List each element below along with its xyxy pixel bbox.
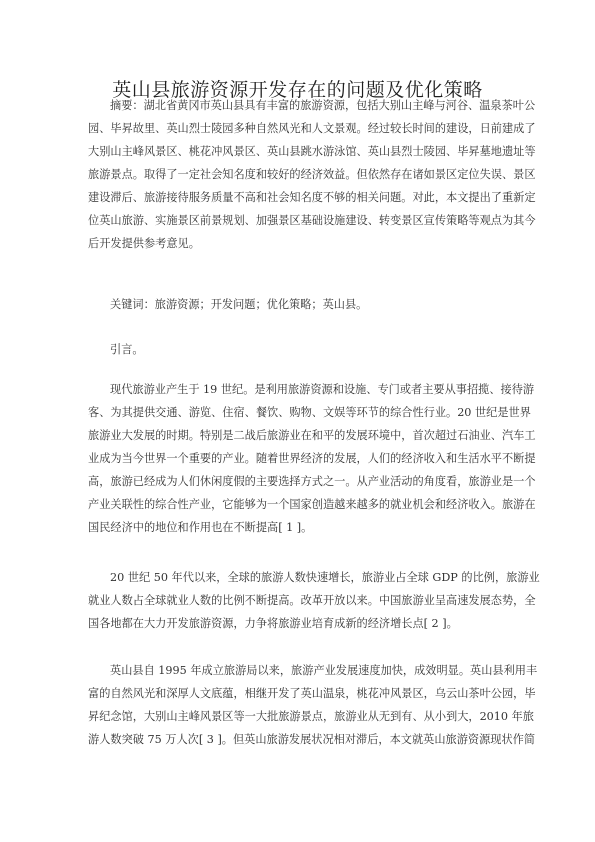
abstract-line: 位英山旅游、实施景区前景规划、加强景区基础设施建设、转变景区宣传策略等观点为其今 xyxy=(88,214,508,228)
abstract-line: 旅游景点。取得了一定社会知名度和较好的经济效益。但依然存在诸如景区定位失误、景区 xyxy=(88,168,508,182)
paragraph-line: 就业人数占全球就业人数的比例不断提高。改革开放以来。中国旅游业呈高速发展态势，全 xyxy=(88,594,508,608)
abstract-line: 大别山主峰风景区、桃花冲风景区、英山县跳水游泳馆、英山县烈士陵园、毕昇墓地遗址等 xyxy=(88,145,508,159)
abstract-line: 摘要：湖北省黄冈市英山县具有丰富的旅游资源，包括大别山主峰与河谷、温泉茶叶公 xyxy=(110,99,508,113)
abstract-line: 建设滞后、旅游接待服务质量不高和社会知名度不够的相关问题。对此，本文提出了重新定 xyxy=(88,191,508,205)
keywords: 关键词：旅游资源；开发问题；优化策略；英山县。 xyxy=(110,298,508,312)
paragraph-line: 英山县自 1995 年成立旅游局以来，旅游产业发展速度加快，成效明显。英山县利用… xyxy=(110,664,508,678)
paragraph-line: 产业关联性的综合性产业，它能够为一个国家创造越来越多的就业机会和经济收入。旅游在 xyxy=(88,498,508,512)
abstract-line: 园、毕昇故里、英山烈士陵园多种自然风光和人文景观。经过较长时间的建设，日前建成了 xyxy=(88,122,508,136)
paragraph-line: 20 世纪 50 年代以来，全球的旅游人数快速增长，旅游业占全球 GDP 的比例… xyxy=(110,571,508,585)
paragraph-line: 客、为其提供交通、游览、住宿、餐饮、购物、文娱等环节的综合性行业。20 世纪是世… xyxy=(88,406,508,420)
paragraph-line: 国民经济中的地位和作用也在不断提高[ 1 ]。 xyxy=(88,521,508,535)
intro-heading: 引言。 xyxy=(110,343,508,357)
document-title: 英山县旅游资源开发存在的问题及优化策略 xyxy=(0,75,595,102)
paragraph-line: 国各地都在大力开发旅游资源，力争将旅游业培育成新的经济增长点[ 2 ]。 xyxy=(88,617,508,631)
paragraph-line: 业成为当今世界一个重要的产业。随着世界经济的发展，人们的经济收入和生活水平不断提 xyxy=(88,452,508,466)
paragraph-line: 高，旅游已经成为人们休闲度假的主要选择方式之一。从产业活动的角度看，旅游业是一个 xyxy=(88,475,508,489)
paragraph-line: 昇纪念馆，大别山主峰风景区等一大批旅游景点，旅游业从无到有、从小到大，2010 … xyxy=(88,710,508,724)
abstract-line: 后开发提供参考意见。 xyxy=(88,237,508,251)
paragraph-line: 旅游业大发展的时期。特别是二战后旅游业在和平的发展环境中，首次超过石油业、汽车工 xyxy=(88,429,508,443)
paragraph-line: 现代旅游业产生于 19 世纪。是利用旅游资源和设施、专门或者主要从事招揽、接待游 xyxy=(110,383,508,397)
paragraph-line: 富的自然风光和深厚人文底蕴，相继开发了英山温泉，桃花冲风景区，乌云山茶叶公园，毕 xyxy=(88,687,508,701)
paragraph-line: 游人数突破 75 万人次[ 3 ]。但英山旅游发展状况相对滞后，本文就英山旅游资… xyxy=(88,733,508,747)
